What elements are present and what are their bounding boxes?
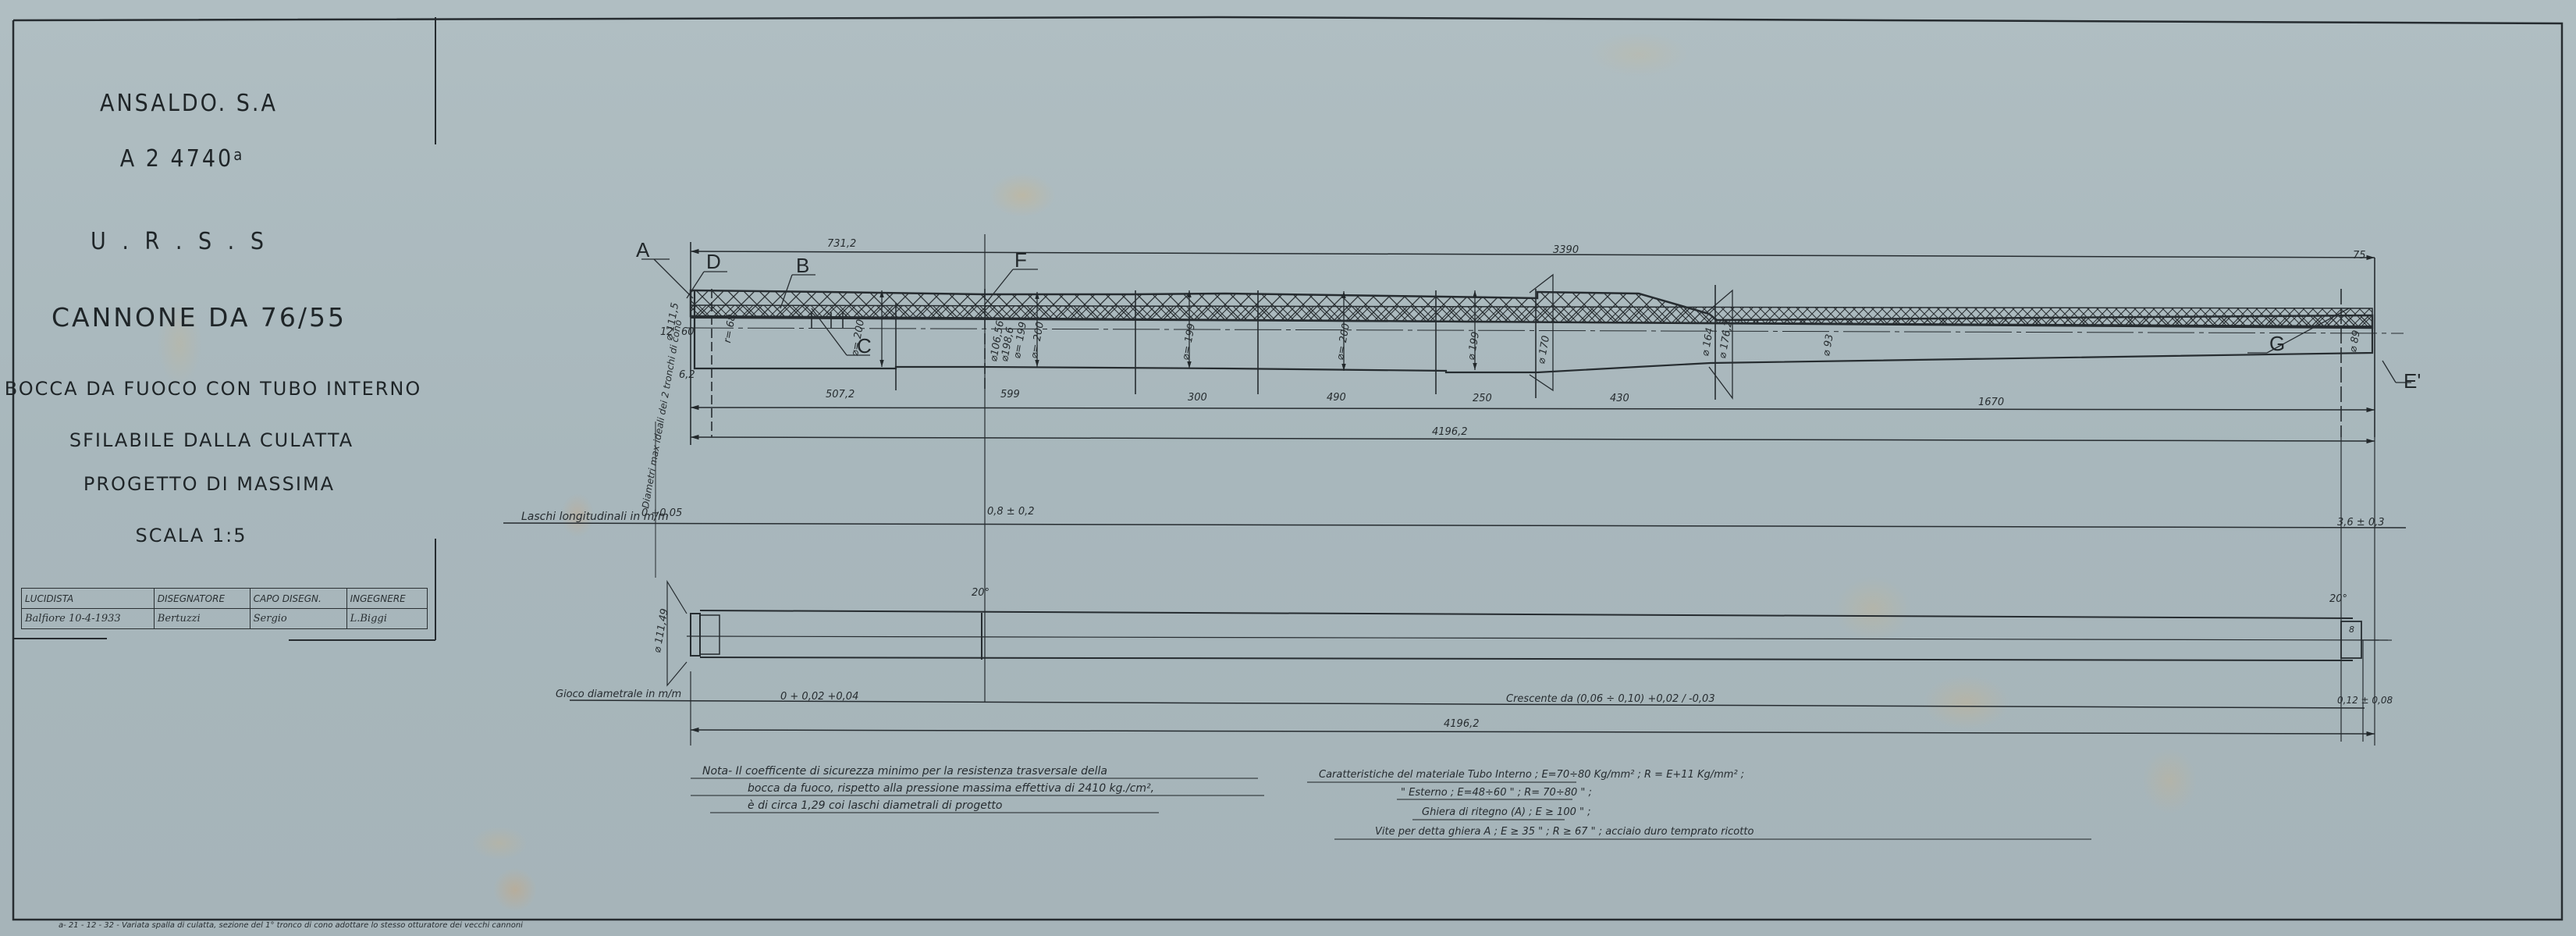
signature-table: LUCIDISTA DISEGNATORE CAPO DISEGN. INGEG… [21, 588, 428, 629]
signature-capo-disegn: Sergio [250, 609, 346, 629]
signature-disegnatore: Bertuzzi [154, 609, 250, 629]
part-label-g: G [2269, 332, 2285, 356]
nota-line-1: Nota- Il coefficente di sicurezza minimo… [702, 765, 1107, 778]
material-line-2: " Esterno ; E=48÷60 " ; R= 70÷80 " ; [1401, 787, 1592, 799]
dim-gap-mid: 0,8 ± 0,2 [987, 506, 1035, 518]
signature-header-row: LUCIDISTA DISEGNATORE CAPO DISEGN. INGEG… [22, 589, 428, 609]
dim-3390: 3390 [1553, 244, 1579, 256]
dim-gap-end: 3,6 ± 0,3 [2337, 517, 2385, 529]
dim-diametral-gap-end: 0,12 ± 0,08 [2337, 695, 2393, 706]
client-name: U . R . S . S [91, 228, 268, 255]
drawing-scale: SCALA 1:5 [135, 525, 247, 546]
signature-ingegnere: L.Biggi [346, 609, 427, 629]
drawing-number-value: A 2 4740 [120, 145, 233, 173]
dim-length: 250 [1473, 393, 1492, 404]
nota-line-3: è di circa 1,29 coi laschi diametrali di… [748, 799, 1002, 812]
signature-lucidista: Balfiore 10-4-1933 [22, 609, 155, 629]
signature-value-row: Balfiore 10-4-1933 Bertuzzi Sergio L.Big… [22, 609, 428, 629]
drawing-subtitle-1: BOCCA DA FUOCO CON TUBO INTERNO [5, 378, 422, 400]
part-label-d: D [706, 250, 721, 274]
dim-angle-1: 20° [972, 587, 990, 599]
diametral-gap-label: Gioco diametrale in m/m [556, 689, 681, 700]
dim-length: 430 [1610, 393, 1629, 404]
dim-diametral-gap-start: 0 + 0,02 +0,04 [780, 691, 858, 703]
dim-length: 490 [1327, 392, 1346, 404]
dim-overall-length: 4196,2 [1432, 426, 1468, 438]
part-label-f: F [1014, 248, 1027, 272]
drawing-number: A 2 4740a [120, 145, 242, 173]
drawing-subtitle-2: SFILABILE DALLA CULATTA [69, 429, 354, 451]
signature-header: LUCIDISTA [22, 589, 155, 609]
dim-75: 75 [2353, 250, 2366, 262]
drawing-subtitle-3: PROGETTO DI MASSIMA [83, 473, 335, 495]
material-line-3: Ghiera di ritegno (A) ; E ≥ 100 " ; [1422, 806, 1590, 818]
dim-overall-length-2: 4196,2 [1444, 718, 1480, 730]
company-name: ANSALDO. S.A [100, 90, 278, 117]
drawing-title: CANNONE DA 76/55 [52, 302, 346, 333]
part-label-b: B [796, 254, 809, 278]
dim-length: 1670 [1978, 397, 2004, 408]
dim-731-2: 731,2 [827, 238, 856, 250]
dim-end: 8 [2349, 625, 2354, 635]
drawing-revision: a [233, 145, 242, 164]
nota-line-2: bocca da fuoco, rispetto alla pressione … [748, 782, 1154, 795]
signature-header: CAPO DISEGN. [250, 589, 346, 609]
dim-gap-start: 0 +0,05 [641, 507, 682, 519]
signature-header: DISEGNATORE [154, 589, 250, 609]
dim-angle-2: 20° [2329, 593, 2347, 605]
material-line-1: Caratteristiche del materiale Tubo Inter… [1319, 769, 1744, 781]
dim-length: 300 [1188, 392, 1207, 404]
dim-6-2: 6,2 [679, 369, 695, 381]
dim-length: 507,2 [826, 389, 855, 400]
revision-note: a- 21 - 12 - 32 - Variata spalla di cula… [59, 921, 523, 930]
material-line-4: Vite per detta ghiera A ; E ≥ 35 " ; R ≥… [1375, 826, 1753, 838]
technical-drawing [0, 0, 2576, 936]
dim-60: 60 [681, 326, 695, 338]
dim-diametral-gap-growing: Crescente da (0,06 ÷ 0,10) +0,02 / -0,03 [1506, 693, 1715, 705]
section-view [641, 242, 2411, 445]
part-label-e-prime: E' [2404, 369, 2421, 393]
dim-length: 599 [1000, 389, 1020, 400]
part-label-a: A [636, 238, 649, 262]
signature-header: INGEGNERE [346, 589, 427, 609]
sheet-border [13, 17, 2562, 920]
